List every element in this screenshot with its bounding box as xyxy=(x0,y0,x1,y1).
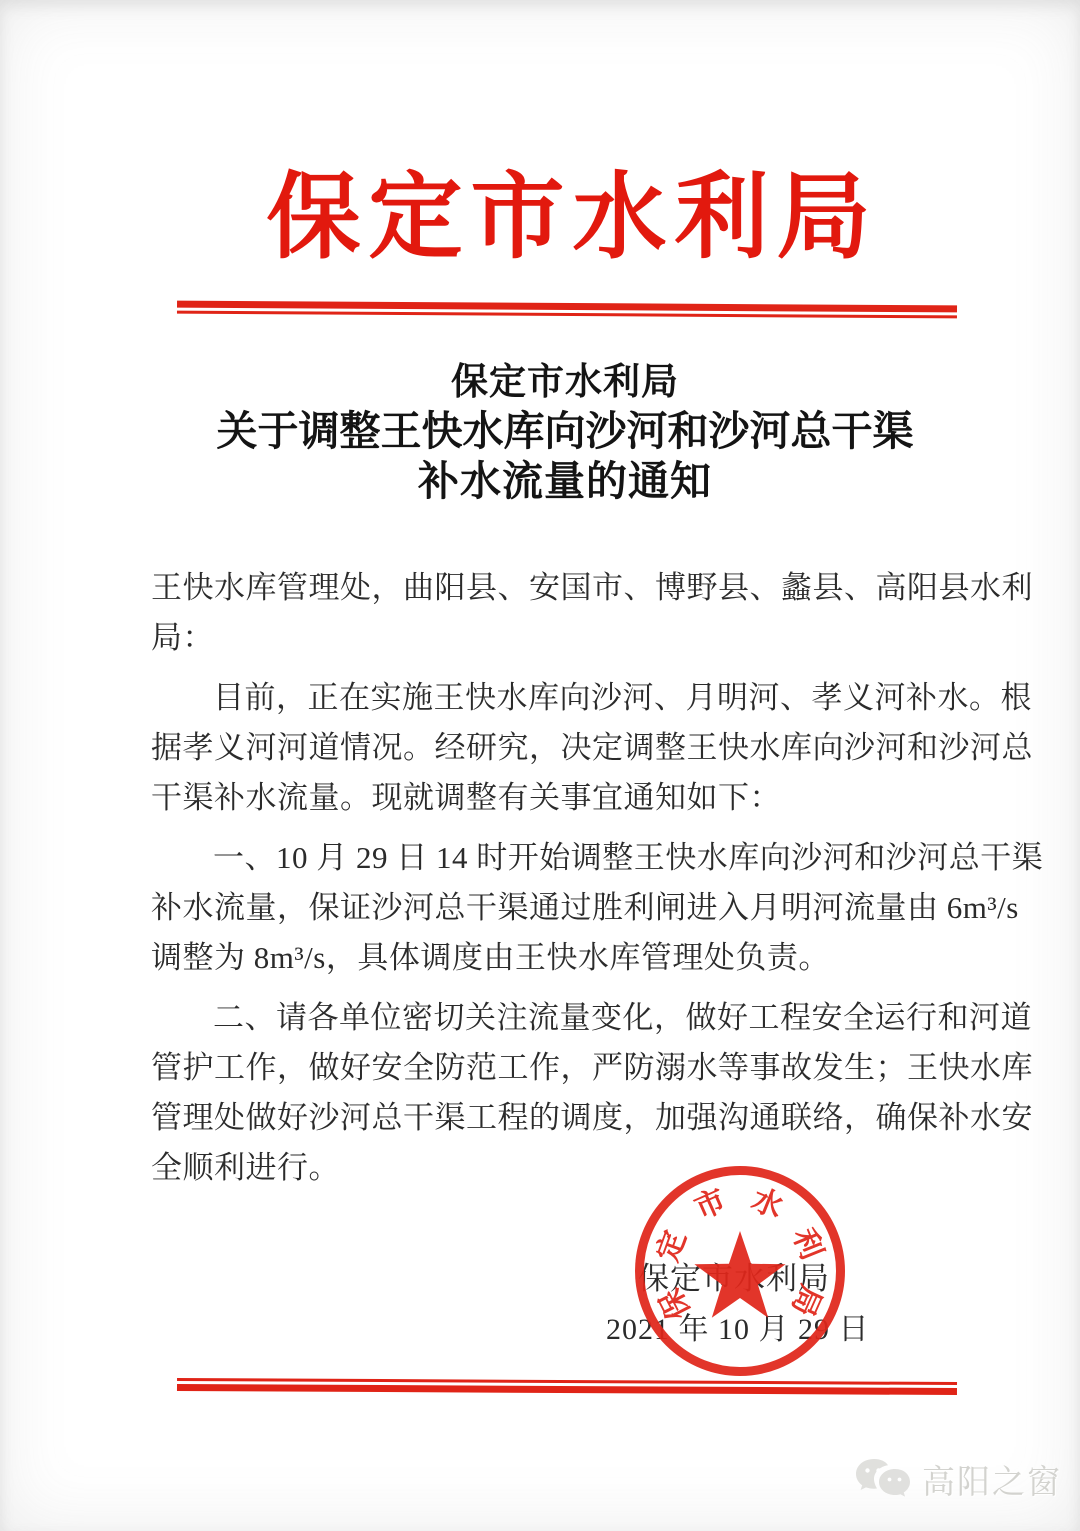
wechat-bubbles-icon xyxy=(854,1457,916,1503)
item1-paragraph: 一、10 月 29 日 14 时开始调整王快水库向沙河和沙河总干渠补水流量，保证… xyxy=(151,833,998,983)
seal-char: 水 xyxy=(746,1178,790,1222)
text-line: 干渠补水流量。现就调整有关事宜通知如下： xyxy=(151,773,998,823)
text-line: 管理处做好沙河总干渠工程的调度，加强沟通联络，确保补水安 xyxy=(151,1093,998,1143)
text-line: 二、请各单位密切关注流量变化，做好工程安全运行和河道 xyxy=(151,993,998,1043)
seal-char: 定 xyxy=(647,1223,691,1267)
masthead-org-name: 保定市水利局 xyxy=(150,168,995,268)
watermark-text: 高阳之窗 xyxy=(922,1456,1062,1503)
text-line: 补水流量，保证沙河总干渠通过胜利闸进入月明河流量由 6m³/s xyxy=(151,883,998,933)
seal-char: 局 xyxy=(787,1279,832,1324)
official-seal-stamp: 保定市水利局 xyxy=(635,1166,845,1376)
item2-paragraph: 二、请各单位密切关注流量变化，做好工程安全运行和河道管护工作，做好安全防范工作，… xyxy=(151,993,998,1193)
header-rule xyxy=(177,301,957,319)
intro-paragraph: 目前，正在实施王快水库向沙河、月明河、孝义河补水。根据孝义河河道情况。经研究，决… xyxy=(151,673,998,823)
seal-char: 利 xyxy=(788,1220,832,1264)
document-page: 保定市水利局 保定市水利局 关于调整王快水库向沙河和沙河总干渠 补水流量的通知 … xyxy=(0,0,1080,1531)
title-line-2: 关于调整王快水库向沙河和沙河总干渠 xyxy=(110,406,1020,456)
seal-char: 市 xyxy=(687,1179,732,1224)
text-line: 一、10 月 29 日 14 时开始调整王快水库向沙河和沙河总干渠 xyxy=(151,833,998,883)
text-line: 王快水库管理处，曲阳县、安国市、博野县、蠡县、高阳县水利 xyxy=(151,563,998,613)
text-line: 据孝义河河道情况。经研究，决定调整王快水库向沙河和沙河总 xyxy=(151,723,998,773)
text-line: 目前，正在实施王快水库向沙河、月明河、孝义河补水。根 xyxy=(151,673,998,723)
document-body: 王快水库管理处，曲阳县、安国市、博野县、蠡县、高阳县水利局： 目前，正在实施王快… xyxy=(151,563,998,1203)
text-line: 调整为 8m³/s，具体调度由王快水库管理处负责。 xyxy=(151,933,998,983)
text-line: 管护工作，做好安全防范工作，严防溺水等事故发生；王快水库 xyxy=(151,1043,998,1093)
greeting-paragraph: 王快水库管理处，曲阳县、安国市、博野县、蠡县、高阳县水利局： xyxy=(151,563,998,663)
text-line: 全顺利进行。 xyxy=(151,1143,998,1193)
footer-rule xyxy=(177,1378,957,1395)
text-line: 局： xyxy=(151,613,998,663)
seal-star-icon xyxy=(688,1229,792,1329)
title-line-1: 保定市水利局 xyxy=(110,358,1020,406)
title-line-3: 补水流量的通知 xyxy=(110,456,1020,506)
document-title: 保定市水利局 关于调整王快水库向沙河和沙河总干渠 补水流量的通知 xyxy=(110,358,1020,506)
watermark: 高阳之窗 xyxy=(854,1456,1062,1503)
